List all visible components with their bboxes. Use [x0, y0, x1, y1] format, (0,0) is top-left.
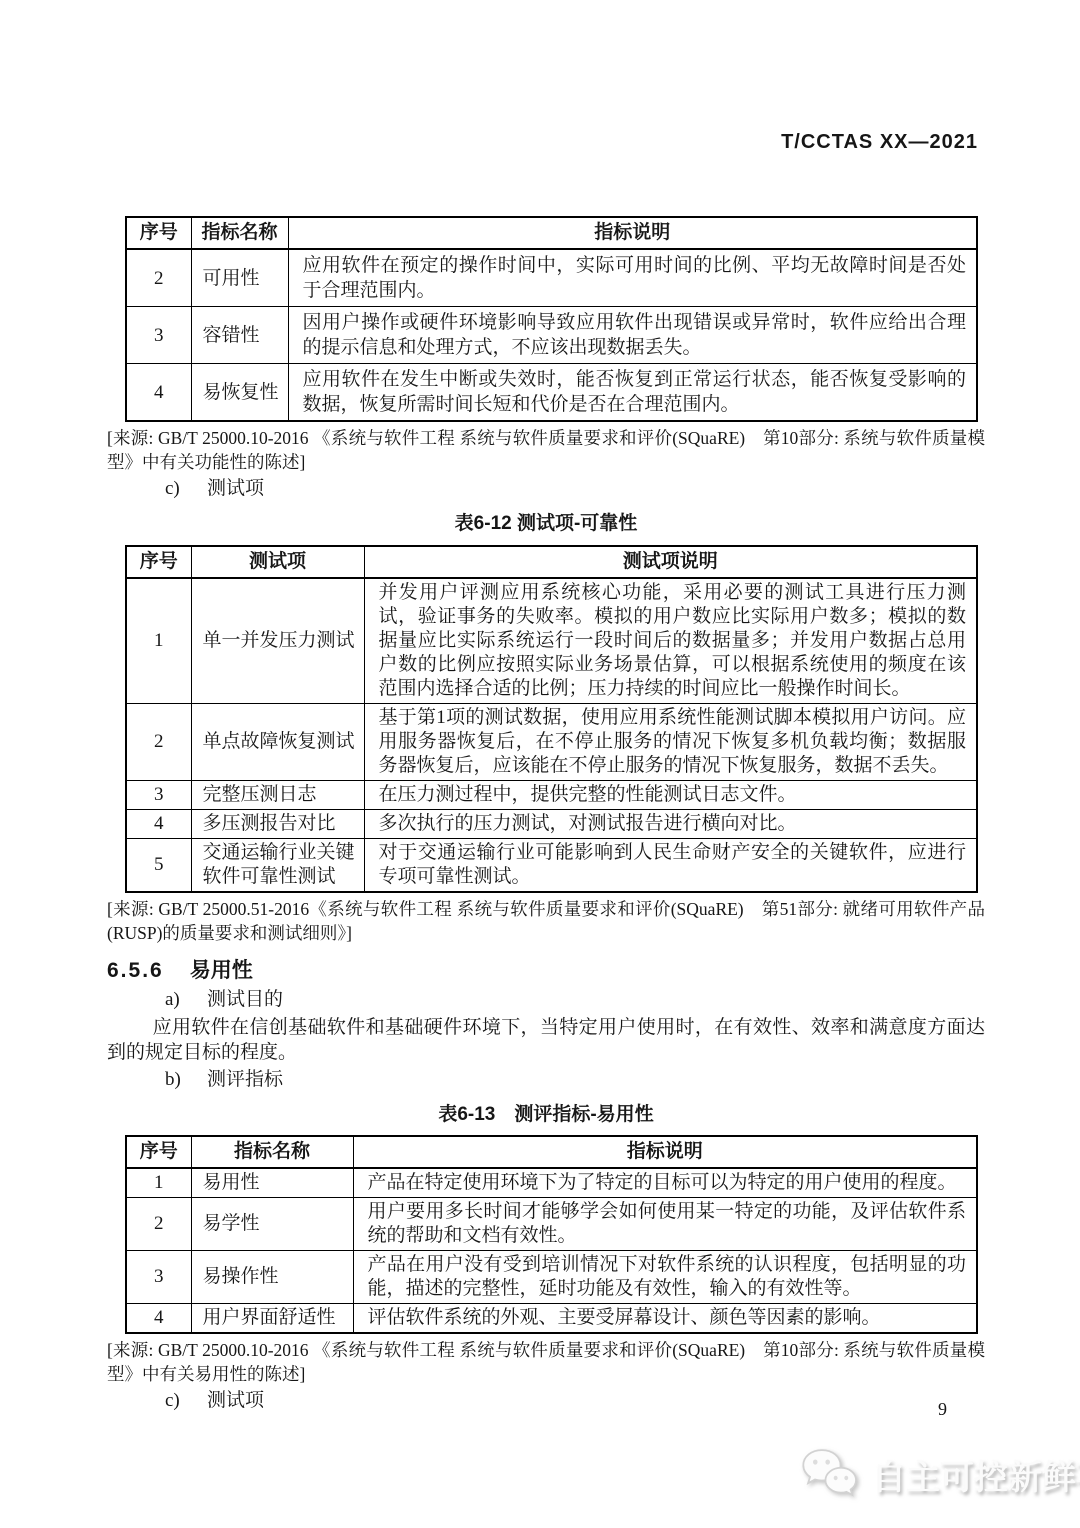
indicator-desc-cell: 应用软件在预定的操作时间中，实际可用时间的比例、平均无故障时间是否处于合理范围内…: [288, 249, 977, 307]
table-row: 3 完整压测日志 在压力测过程中，提供完整的性能测试日志文件。: [126, 781, 977, 810]
indicator-desc-cell: 产品在用户没有受到培训情况下对软件系统的认识程度，包括明显的功能，描述的完整性，…: [353, 1251, 977, 1304]
list-marker: c): [165, 1388, 207, 1414]
indicator-desc-cell: 因用户操作或硬件环境影响导致应用软件出现错误或异常时，软件应给出合理的提示信息和…: [288, 307, 977, 364]
list-item-c-test-items: c) 测试项: [107, 476, 985, 502]
table-row: 1 易用性 产品在特定使用环境下为了特定的目标可以为特定的用户使用的程度。: [126, 1168, 977, 1198]
row-number-cell: 4: [126, 1304, 191, 1334]
list-marker: b): [165, 1067, 207, 1093]
source-note: [来源: GB/T 25000.10-2016 《系统与软件工程 系统与软件质量…: [107, 1338, 985, 1386]
row-number-cell: 5: [126, 839, 191, 893]
table-row: 4 多压测报告对比 多次执行的压力测试，对测试报告进行横向对比。: [126, 810, 977, 839]
table-row: 5 交通运输行业关键软件可靠性测试 对于交通运输行业可能影响到人民生命财产安全的…: [126, 839, 977, 893]
row-number-cell: 3: [126, 307, 191, 364]
table-row: 4 易恢复性 应用软件在发生中断或失效时，能否恢复到正常运行状态，能否恢复受影响…: [126, 364, 977, 422]
list-item-b-indicators: b) 测评指标: [107, 1067, 985, 1093]
col-header-desc: 指标说明: [353, 1136, 977, 1168]
row-number-cell: 1: [126, 578, 191, 704]
row-number-cell: 4: [126, 364, 191, 422]
table-row: 2 可用性 应用软件在预定的操作时间中，实际可用时间的比例、平均无故障时间是否处…: [126, 249, 977, 307]
test-item-desc-cell: 并发用户评测应用系统核心功能，采用必要的测试工具进行压力测试，验证事务的失败率。…: [364, 578, 977, 704]
indicator-name-cell: 易学性: [191, 1198, 353, 1251]
col-header-desc: 指标说明: [288, 217, 977, 249]
table-reliability-test-items: 序号 测试项 测试项说明 1 单一并发压力测试 并发用户评测应用系统核心功能，采…: [125, 545, 978, 893]
source-note: [来源: GB/T 25000.10-2016 《系统与软件工程 系统与软件质量…: [107, 426, 985, 474]
table-usability-indicators: 序号 指标名称 指标说明 1 易用性 产品在特定使用环境下为了特定的目标可以为特…: [125, 1135, 978, 1334]
row-number-cell: 2: [126, 249, 191, 307]
section-number: 6.5.6: [107, 959, 164, 982]
table-header-row: 序号 指标名称 指标说明: [126, 1136, 977, 1168]
table-header-row: 序号 指标名称 指标说明: [126, 217, 977, 249]
test-item-name-cell: 交通运输行业关键软件可靠性测试: [191, 839, 364, 893]
source-note: [来源: GB/T 25000.51-2016《系统与软件工程 系统与软件质量要…: [107, 897, 985, 945]
table-row: 1 单一并发压力测试 并发用户评测应用系统核心功能，采用必要的测试工具进行压力测…: [126, 578, 977, 704]
indicator-desc-cell: 产品在特定使用环境下为了特定的目标可以为特定的用户使用的程度。: [353, 1168, 977, 1198]
row-number-cell: 2: [126, 704, 191, 781]
col-header-no: 序号: [126, 546, 191, 578]
table-row: 4 用户界面舒适性 评估软件系统的外观、主要受屏幕设计、颜色等因素的影响。: [126, 1304, 977, 1334]
test-item-name-cell: 完整压测日志: [191, 781, 364, 810]
table-header-row: 序号 测试项 测试项说明: [126, 546, 977, 578]
table-caption-6-13: 表6-13 测评指标-易用性: [107, 1101, 985, 1129]
row-number-cell: 4: [126, 810, 191, 839]
indicator-desc-cell: 评估软件系统的外观、主要受屏幕设计、颜色等因素的影响。: [353, 1304, 977, 1334]
page-content: T/CCTAS XX—2021 序号 指标名称 指标说明 2 可用性 应用软件在…: [0, 0, 1080, 1414]
row-number-cell: 1: [126, 1168, 191, 1198]
paragraph-test-purpose: 应用软件在信创基础软件和基础硬件环境下，当特定用户使用时，在有效性、效率和满意度…: [107, 1015, 985, 1065]
table-caption-6-12: 表6-12 测试项-可靠性: [107, 510, 985, 538]
table-row: 3 易操作性 产品在用户没有受到培训情况下对软件系统的认识程度，包括明显的功能，…: [126, 1251, 977, 1304]
table-reliability-indicators: 序号 指标名称 指标说明 2 可用性 应用软件在预定的操作时间中，实际可用时间的…: [125, 216, 978, 422]
test-item-name-cell: 单一并发压力测试: [191, 578, 364, 704]
list-label: 测试项: [207, 476, 264, 502]
document-page: T/CCTAS XX—2021 序号 指标名称 指标说明 2 可用性 应用软件在…: [0, 0, 1080, 1528]
test-item-desc-cell: 对于交通运输行业可能影响到人民生命财产安全的关键软件，应进行专项可靠性测试。: [364, 839, 977, 893]
list-item-c-test-items-2: c) 测试项: [107, 1388, 985, 1414]
watermark-text: 自主可控新鲜事: [872, 1450, 1080, 1499]
table-row: 3 容错性 因用户操作或硬件环境影响导致应用软件出现错误或异常时，软件应给出合理…: [126, 307, 977, 364]
row-number-cell: 3: [126, 781, 191, 810]
test-item-desc-cell: 在压力测过程中，提供完整的性能测试日志文件。: [364, 781, 977, 810]
list-marker: c): [165, 476, 207, 502]
indicator-name-cell: 用户界面舒适性: [191, 1304, 353, 1334]
list-label: 测试目的: [207, 987, 283, 1013]
indicator-name-cell: 易用性: [191, 1168, 353, 1198]
col-header-no: 序号: [126, 1136, 191, 1168]
indicator-name-cell: 可用性: [191, 249, 288, 307]
section-title: 易用性: [190, 959, 253, 982]
indicator-desc-cell: 用户要用多长时间才能够学会如何使用某一特定的功能，及评估软件系统的帮助和文档有效…: [353, 1198, 977, 1251]
col-header-name: 指标名称: [191, 217, 288, 249]
table-row: 2 易学性 用户要用多长时间才能够学会如何使用某一特定的功能，及评估软件系统的帮…: [126, 1198, 977, 1251]
col-header-desc: 测试项说明: [364, 546, 977, 578]
row-number-cell: 2: [126, 1198, 191, 1251]
doc-code: T/CCTAS XX—2021: [107, 0, 985, 154]
test-item-desc-cell: 基于第1项的测试数据，使用应用系统性能测试脚本模拟用户访问。应用服务器恢复后，在…: [364, 704, 977, 781]
watermark: 自主可控新鲜事: [798, 1446, 1080, 1502]
test-item-name-cell: 多压测报告对比: [191, 810, 364, 839]
indicator-desc-cell: 应用软件在发生中断或失效时，能否恢复到正常运行状态，能否恢复受影响的数据，恢复所…: [288, 364, 977, 422]
list-label: 测试项: [207, 1388, 264, 1414]
test-item-desc-cell: 多次执行的压力测试，对测试报告进行横向对比。: [364, 810, 977, 839]
table-row: 2 单点故障恢复测试 基于第1项的测试数据，使用应用系统性能测试脚本模拟用户访问…: [126, 704, 977, 781]
test-item-name-cell: 单点故障恢复测试: [191, 704, 364, 781]
col-header-no: 序号: [126, 217, 191, 249]
row-number-cell: 3: [126, 1251, 191, 1304]
col-header-name: 指标名称: [191, 1136, 353, 1168]
section-heading: 6.5.6易用性: [107, 957, 985, 985]
list-item-a-test-purpose: a) 测试目的: [107, 987, 985, 1013]
col-header-name: 测试项: [191, 546, 364, 578]
page-number: 9: [938, 1398, 947, 1420]
indicator-name-cell: 容错性: [191, 307, 288, 364]
list-label: 测评指标: [207, 1067, 283, 1093]
wechat-icon: [798, 1446, 860, 1502]
indicator-name-cell: 易恢复性: [191, 364, 288, 422]
list-marker: a): [165, 987, 207, 1013]
indicator-name-cell: 易操作性: [191, 1251, 353, 1304]
